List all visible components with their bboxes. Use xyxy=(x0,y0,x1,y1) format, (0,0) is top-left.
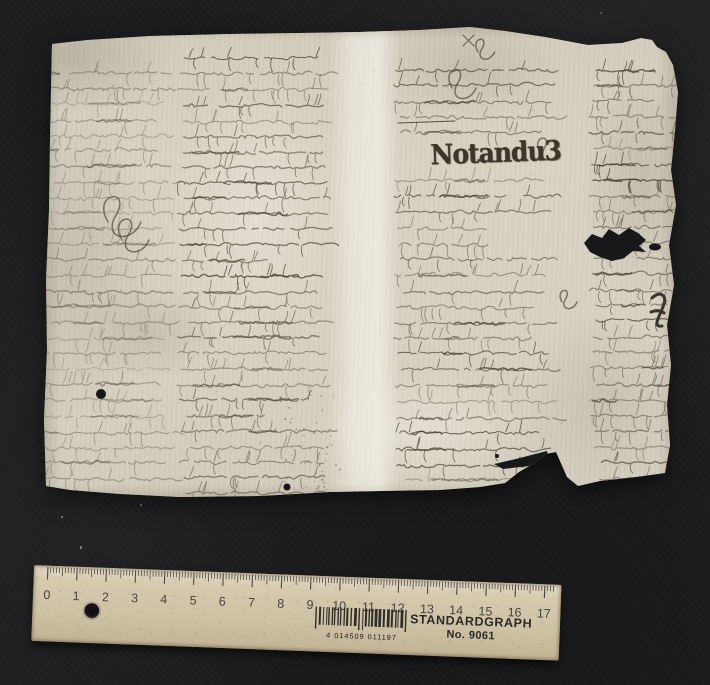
handwriting-line xyxy=(596,318,700,322)
ruler-number: 5 xyxy=(189,593,197,607)
handwriting-line xyxy=(179,460,323,464)
handwriting-line xyxy=(589,131,689,135)
handwriting-flourish xyxy=(430,389,541,415)
handwriting-flourish xyxy=(412,358,547,383)
ruler-number: 0 xyxy=(43,588,51,602)
handwriting-flourish xyxy=(604,264,669,286)
handwriting-flourish xyxy=(51,453,136,476)
handwriting-line xyxy=(602,460,703,463)
ruler: 012345678910111213141516174 014509 01119… xyxy=(31,565,561,661)
handwriting-line xyxy=(38,290,173,294)
archival-photograph: Notandu3 012345678910111213141516174 014… xyxy=(0,0,710,685)
handwriting-column-2 xyxy=(177,47,339,505)
handwriting-line xyxy=(594,225,695,228)
handwriting-dark-word xyxy=(35,149,58,150)
handwriting-line xyxy=(184,135,323,138)
handwriting-line xyxy=(50,431,184,435)
handwriting-line xyxy=(190,446,324,450)
handwriting-line xyxy=(397,305,534,310)
handwriting-flourish xyxy=(40,124,145,149)
handwriting-dark-word xyxy=(424,132,462,134)
handwriting-flourish xyxy=(60,231,163,243)
handwriting-flourish xyxy=(35,467,112,493)
handwriting-line xyxy=(180,227,333,230)
ink-hole-edge xyxy=(649,244,661,251)
handwriting-flourishes xyxy=(104,35,665,326)
cross-mark xyxy=(463,35,474,46)
barcode-digits: 4 014509 011197 xyxy=(326,631,397,643)
handwriting-line xyxy=(394,82,555,87)
ruler-scale-svg: 012345678910111213141516174 014509 01119… xyxy=(31,565,561,661)
handwriting-flourish xyxy=(401,234,484,258)
ruler-number: 7 xyxy=(248,596,256,610)
handwriting-line xyxy=(184,475,325,479)
handwriting-svg xyxy=(0,0,710,550)
handwriting-flourish xyxy=(69,404,165,429)
ink-hole-large xyxy=(584,228,646,261)
handwriting-line xyxy=(396,68,558,72)
large-flourish xyxy=(476,39,495,59)
handwriting-flourish xyxy=(189,47,320,72)
handwriting-line xyxy=(35,477,183,481)
handwriting-line xyxy=(394,337,532,341)
ruler-ticks xyxy=(47,567,553,598)
handwriting-line xyxy=(398,351,553,355)
ruler-number: 3 xyxy=(131,591,139,605)
handwriting-flourish xyxy=(33,357,123,380)
handwriting-line xyxy=(34,367,171,371)
handwriting-line xyxy=(400,257,557,261)
handwriting-dark-word xyxy=(650,384,693,386)
dark-initial xyxy=(651,294,665,326)
handwriting-line xyxy=(36,447,175,451)
handwriting-dark-word xyxy=(638,147,667,149)
handwriting-line xyxy=(38,321,179,325)
handwriting-dark-word xyxy=(617,290,641,292)
handwriting-line xyxy=(178,351,326,355)
handwriting-line xyxy=(590,366,688,369)
ruler-number: 9 xyxy=(306,598,314,612)
handwriting-line xyxy=(593,99,654,101)
handwriting-dark-word xyxy=(221,88,247,90)
handwriting-flourish xyxy=(32,79,160,103)
small-hole xyxy=(96,389,106,399)
handwriting-flourish xyxy=(94,421,143,446)
handwriting-line xyxy=(181,274,322,278)
ruler-number: 6 xyxy=(219,594,227,608)
handwriting-line xyxy=(396,210,551,214)
handwriting-line xyxy=(32,352,160,355)
handwriting-flourish xyxy=(195,109,294,133)
handwriting-line xyxy=(398,400,557,403)
notandum-heading: Notandu3 xyxy=(430,134,562,170)
handwriting-line xyxy=(34,197,174,201)
handwriting-line xyxy=(38,134,174,138)
handwriting-flourish xyxy=(609,325,680,349)
handwriting-line xyxy=(404,291,544,295)
handwriting-flourish xyxy=(418,342,542,367)
handwriting-flourish xyxy=(54,342,128,367)
large-flourish xyxy=(560,290,577,308)
handwriting-line xyxy=(594,335,686,339)
handwriting-line xyxy=(184,291,317,295)
handwriting-flourish xyxy=(597,91,620,113)
handwriting-column-1 xyxy=(30,61,184,493)
handwriting-flourish xyxy=(421,298,524,322)
small-hole xyxy=(284,484,291,491)
parchment: Notandu3 xyxy=(0,0,710,550)
handwriting-line xyxy=(589,115,690,119)
barcode: 4 014509 011197 xyxy=(314,607,406,643)
handwriting-line xyxy=(41,274,171,278)
handwriting-line xyxy=(597,383,699,387)
handwriting-flourish xyxy=(190,466,318,491)
large-flourish xyxy=(119,219,149,252)
underline-mark xyxy=(398,121,455,123)
ruler-brand-block: STANDARDGRAPH No. 9061 xyxy=(397,612,544,644)
large-flourish xyxy=(104,197,141,237)
handwriting-line xyxy=(37,258,175,262)
handwriting-line xyxy=(184,56,322,59)
handwriting-dark-word xyxy=(103,337,152,340)
handwriting-dark-word xyxy=(38,72,59,74)
handwriting-flourish xyxy=(214,451,320,475)
large-flourish xyxy=(449,70,476,99)
handwriting-line xyxy=(395,272,545,276)
handwriting-dark-word xyxy=(40,431,58,433)
handwriting-line xyxy=(184,104,324,108)
handwriting-line xyxy=(180,71,337,75)
manuscript-fragment: Notandu3 xyxy=(0,0,710,550)
holes-and-ink-blots xyxy=(96,228,661,491)
handwriting-flourish xyxy=(614,466,690,490)
handwriting-line xyxy=(31,119,157,122)
foxing-speckles xyxy=(89,39,634,491)
handwriting-line xyxy=(184,120,332,124)
handwriting-line xyxy=(593,350,687,353)
handwriting-line xyxy=(401,130,547,135)
handwriting-column-3 xyxy=(394,58,567,493)
handwriting-line xyxy=(30,87,175,91)
ruler-number: 4 xyxy=(160,592,168,606)
handwriting-line xyxy=(600,477,699,481)
handwriting-line xyxy=(178,87,329,91)
small-hole xyxy=(554,479,559,484)
handwriting-line xyxy=(595,430,686,432)
handwriting-line xyxy=(183,166,325,169)
handwriting-flourish xyxy=(602,310,689,331)
handwriting-column-4 xyxy=(589,59,705,490)
ruler-number: 8 xyxy=(277,597,285,611)
ruler-number: 1 xyxy=(72,589,80,603)
small-hole xyxy=(495,454,499,458)
tear-notch-finger xyxy=(494,451,549,469)
handwriting-dark-word xyxy=(419,274,466,277)
handwriting-line xyxy=(594,446,705,450)
handwriting-line xyxy=(186,491,339,495)
ruler-number: 2 xyxy=(102,590,110,604)
